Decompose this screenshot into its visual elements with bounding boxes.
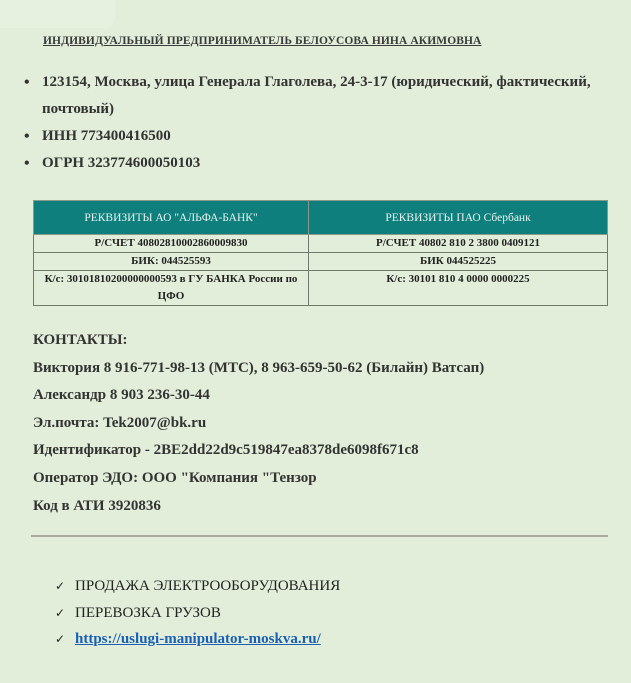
alfa-corr-account: К/с: 30101810200000000593 в ГУ БАНКА Рос… xyxy=(34,271,309,306)
website-link[interactable]: https://uslugi-manipulator-moskva.ru/ xyxy=(75,631,321,647)
contacts-title: КОНТАКТЫ: xyxy=(33,327,484,355)
service-label: ПРОДАЖА ЭЛЕКТРООБОРУДОВАНИЯ xyxy=(75,578,340,594)
alfa-bik: БИК: 044525593 xyxy=(34,253,309,271)
sberbank-header: РЕКВИЗИТЫ ПАО Сбербанк xyxy=(309,201,608,235)
contact-email: Эл.почта: Tek2007@bk.ru xyxy=(33,410,484,438)
entity-name: ИНДИВИДУАЛЬНЫЙ ПРЕДПРИНИМАТЕЛЬ БЕЛОУСОВА… xyxy=(43,35,481,47)
corner-label: ГИС 1 xyxy=(6,0,102,5)
details-list: 123154, Москва, улица Генерала Глаголева… xyxy=(22,69,622,177)
service-item: ✓https://uslugi-manipulator-moskva.ru/ xyxy=(55,626,340,653)
sber-bik: БИК 044525225 xyxy=(309,253,608,271)
sber-account: Р/СЧЕТ 40802 810 2 3800 0409121 xyxy=(309,235,608,253)
service-item: ✓ПРОДАЖА ЭЛЕКТРООБОРУДОВАНИЯ xyxy=(55,573,340,600)
alfa-bank-header: РЕКВИЗИТЫ АО "АЛЬФА-БАНК" xyxy=(34,201,309,235)
contact-identifier: Идентификатор - 2BE2dd22d9c519847ea8378d… xyxy=(33,437,484,465)
table-row: БИК: 044525593 БИК 044525225 xyxy=(34,253,608,271)
check-icon: ✓ xyxy=(55,600,75,627)
check-icon: ✓ xyxy=(55,626,75,653)
contact-ati-code: Код в АТИ 3920836 xyxy=(33,493,484,521)
contact-alexander: Александр 8 903 236-30-44 xyxy=(33,382,484,410)
services-list: ✓ПРОДАЖА ЭЛЕКТРООБОРУДОВАНИЯ ✓ПЕРЕВОЗКА … xyxy=(55,573,340,653)
contact-edo-operator: Оператор ЭДО: ООО "Компания "Тензор xyxy=(33,465,484,493)
service-item: ✓ПЕРЕВОЗКА ГРУЗОВ xyxy=(55,600,340,627)
contact-viktoria: Виктория 8 916-771-98-13 (МТС), 8 963-65… xyxy=(33,355,484,383)
sber-corr-account: К/с: 30101 810 4 0000 0000225 xyxy=(309,271,608,306)
ogrn-item: ОГРН 323774600050103 xyxy=(22,150,622,177)
address-item: 123154, Москва, улица Генерала Глаголева… xyxy=(22,69,622,123)
table-row: К/с: 30101810200000000593 в ГУ БАНКА Рос… xyxy=(34,271,608,306)
service-label: ПЕРЕВОЗКА ГРУЗОВ xyxy=(75,605,221,621)
corner-badge: ГИС 1 xyxy=(0,0,115,28)
divider xyxy=(31,535,608,537)
table-row: Р/СЧЕТ 40802810002860009830 Р/СЧЕТ 40802… xyxy=(34,235,608,253)
check-icon: ✓ xyxy=(55,573,75,600)
alfa-account: Р/СЧЕТ 40802810002860009830 xyxy=(34,235,309,253)
contacts-section: КОНТАКТЫ: Виктория 8 916-771-98-13 (МТС)… xyxy=(33,327,484,520)
inn-item: ИНН 773400416500 xyxy=(22,123,622,150)
bank-details-table: РЕКВИЗИТЫ АО "АЛЬФА-БАНК" РЕКВИЗИТЫ ПАО … xyxy=(33,200,608,306)
